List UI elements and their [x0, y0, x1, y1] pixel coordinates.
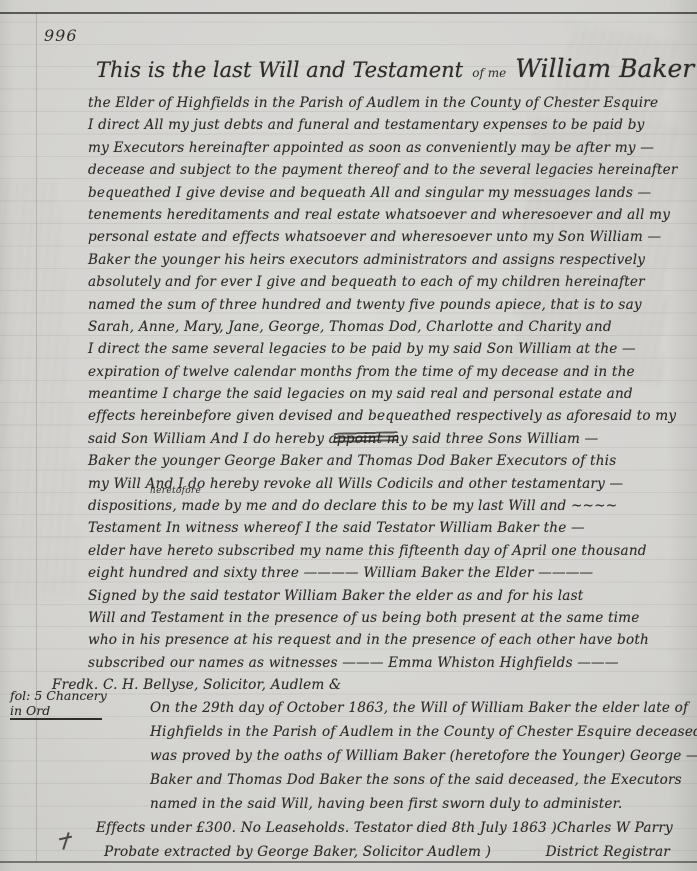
heading-of-me: of me [472, 66, 506, 80]
will-line: Fredk. C. H. Bellyse, Solicitor, Audlem … [52, 674, 674, 696]
page-number: 996 [44, 26, 78, 45]
will-lines: the Elder of Highfields in the Parish of… [88, 92, 674, 697]
will-line: who in his presence at his request and i… [88, 629, 674, 651]
interlineation-word: heretofore [150, 486, 201, 496]
will-line: absolutely and for ever I give and beque… [88, 271, 674, 293]
will-line: expiration of twelve calendar months fro… [88, 361, 674, 383]
will-line: bequeathed I give devise and bequeath Al… [88, 182, 674, 204]
will-line: tenements hereditaments and real estate … [88, 204, 674, 226]
will-line: Will and Testament in the presence of us… [88, 607, 674, 629]
scan-edge-top [0, 12, 697, 14]
probate-line: named in the said Will, having been firs… [96, 792, 676, 816]
ink-mark [58, 832, 74, 852]
registrar-name: Charles W Parry [557, 816, 679, 840]
will-line: Baker the younger George Baker and Thoma… [88, 450, 674, 472]
will-heading: This is the last Will and Testament of m… [96, 54, 676, 83]
register-page: 996 This is the last Will and Testament … [0, 0, 697, 871]
will-body: the Elder of Highfields in the Parish of… [88, 92, 674, 697]
will-line: decease and subject to the payment there… [88, 159, 674, 181]
will-line: Signed by the said testator William Bake… [88, 585, 674, 607]
heading-phrase: This is the last Will and Testament [96, 58, 463, 82]
probate-clause: On the 29th day of October 1863, the Wil… [96, 696, 676, 864]
will-line: named the sum of three hundred and twent… [88, 294, 674, 316]
extracted-text: Probate extracted by George Baker, Solic… [104, 840, 491, 864]
will-line: my Executors hereinafter appointed as so… [88, 137, 674, 159]
will-line: Testament In witness whereof I the said … [88, 517, 674, 539]
will-line: eight hundred and sixty three ———— Willi… [88, 562, 674, 584]
will-line: the Elder of Highfields in the Parish of… [88, 92, 674, 114]
probate-line: Highfields in the Parish of Audlem in th… [96, 720, 676, 744]
will-line: I direct All my just debts and funeral a… [88, 114, 674, 136]
will-line: elder have hereto subscribed my name thi… [88, 540, 674, 562]
probate-lines: On the 29th day of October 1863, the Wil… [96, 696, 676, 816]
ink-overwrite-scribble [334, 431, 398, 444]
will-line: I direct the same several legacies to be… [88, 338, 674, 360]
registrar-title: District Registrar [546, 840, 676, 864]
probate-line: was proved by the oaths of William Baker… [96, 744, 676, 768]
will-line: Sarah, Anne, Mary, Jane, George, Thomas … [88, 316, 674, 338]
will-line: Baker the younger his heirs executors ad… [88, 249, 674, 271]
will-line: subscribed our names as witnesses ——— Em… [88, 652, 674, 674]
testator-name: William Baker [515, 54, 694, 83]
probate-extracted-line: Probate extracted by George Baker, Solic… [104, 840, 676, 864]
left-margin-rule [36, 14, 37, 861]
effects-line: Effects under £300. No Leaseholds. Testa… [96, 816, 676, 840]
bleed-through-smudge [0, 178, 81, 601]
will-line: personal estate and effects whatsoever a… [88, 226, 674, 248]
will-line: dispositions, made by me and do declare … [88, 495, 674, 517]
probate-line: On the 29th day of October 1863, the Wil… [96, 696, 676, 720]
probate-line: Baker and Thomas Dod Baker the sons of t… [96, 768, 676, 792]
margin-note-line2: in Ord [10, 703, 102, 720]
effects-text: Effects under £300. No Leaseholds. Testa… [96, 816, 557, 840]
will-line: meantime I charge the said legacies on m… [88, 383, 674, 405]
will-line: effects hereinbefore given devised and b… [88, 405, 674, 427]
